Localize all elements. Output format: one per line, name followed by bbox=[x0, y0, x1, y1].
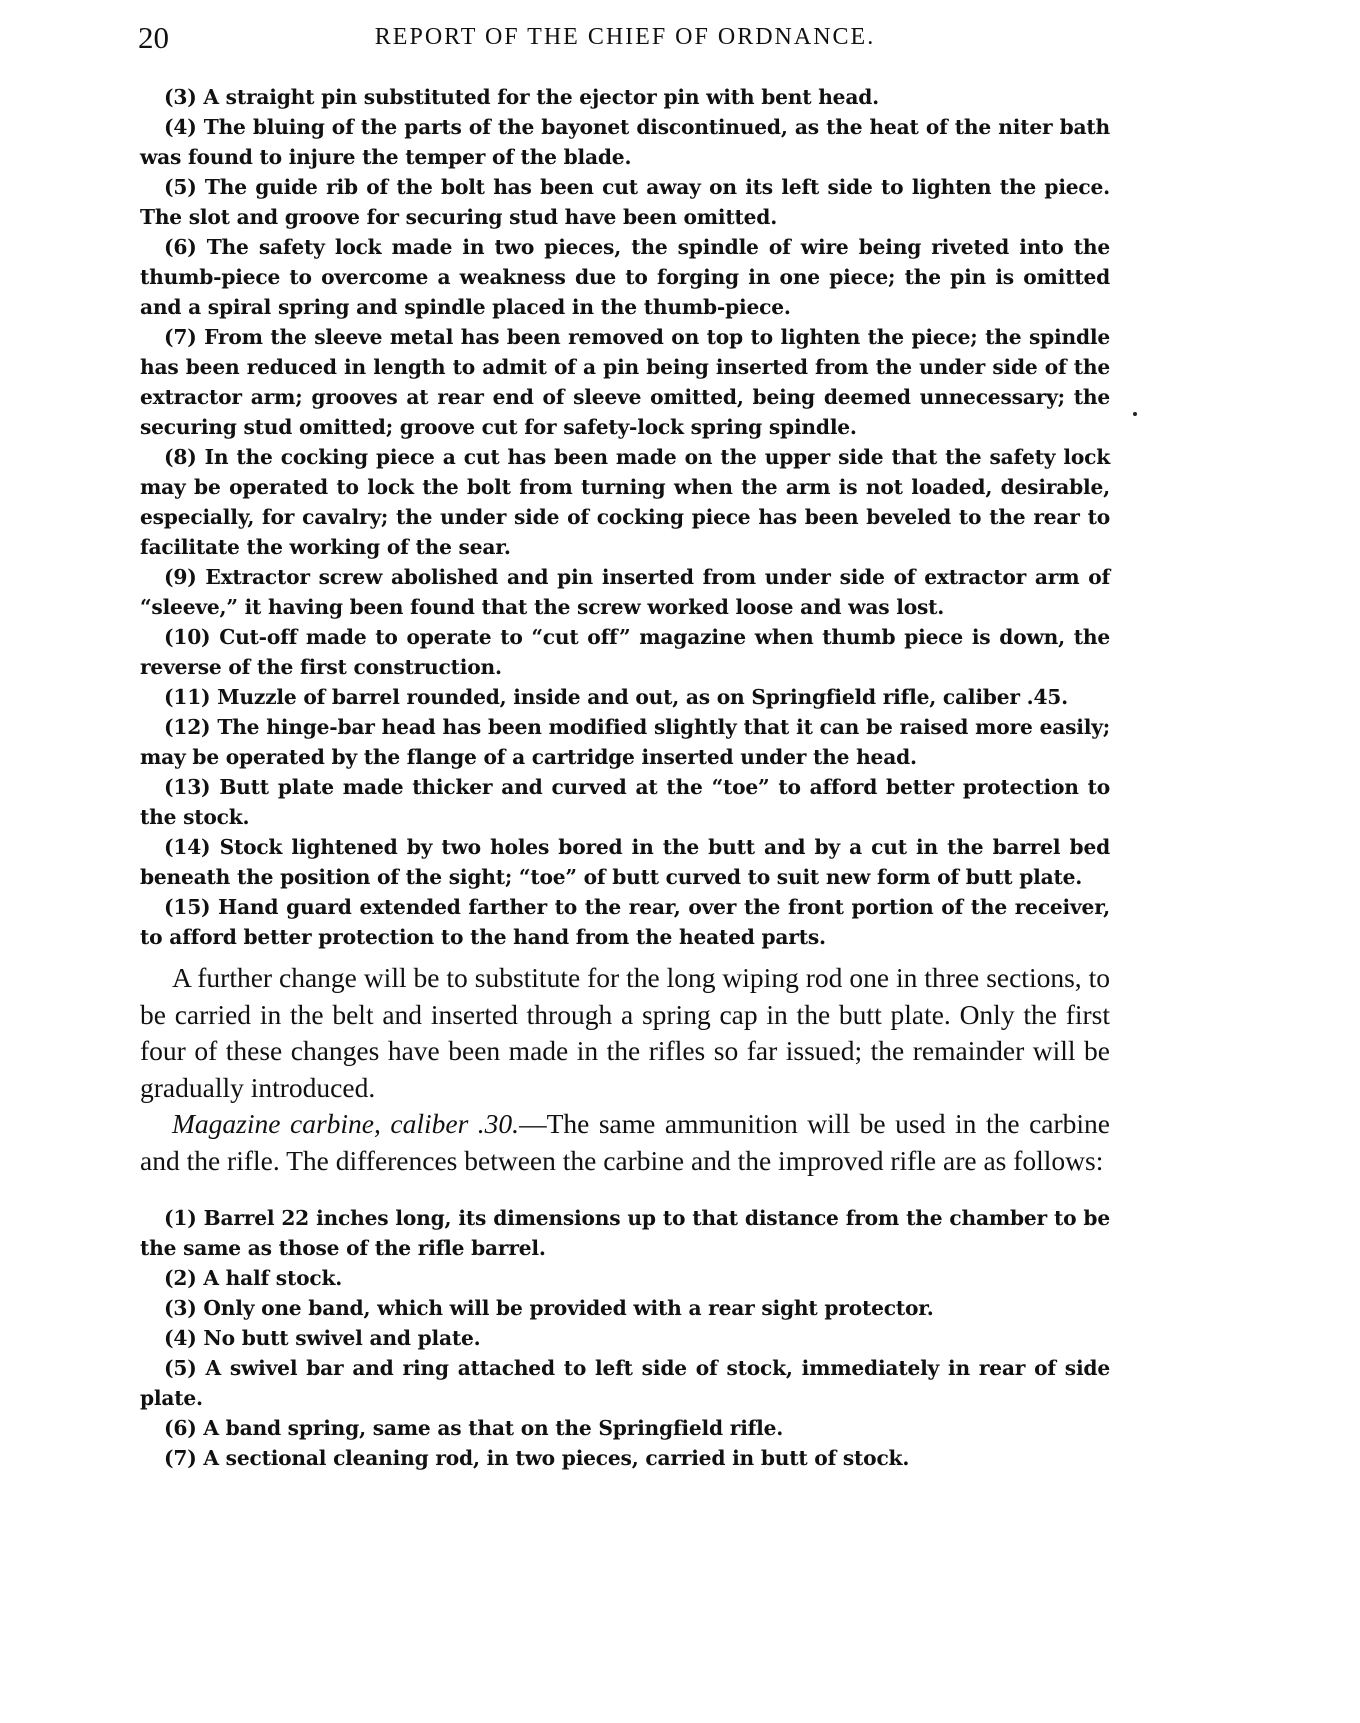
list-item: (1) Barrel 22 inches long, its dimension… bbox=[140, 1203, 1110, 1263]
list-item: (4) The bluing of the parts of the bayon… bbox=[140, 112, 1110, 172]
document-page: 20 REPORT OF THE CHIEF OF ORDNANCE. (3) … bbox=[140, 0, 1110, 1473]
list-item: (6) A band spring, same as that on the S… bbox=[140, 1413, 1110, 1443]
list-item: (14) Stock lightened by two holes bored … bbox=[140, 832, 1110, 892]
list-item: (4) No butt swivel and plate. bbox=[140, 1323, 1110, 1353]
list-item: (8) In the cocking piece a cut has been … bbox=[140, 442, 1110, 562]
list-item: (12) The hinge-bar head has been modifie… bbox=[140, 712, 1110, 772]
page-header: 20 REPORT OF THE CHIEF OF ORDNANCE. bbox=[140, 0, 1110, 70]
list-item: (3) Only one band, which will be provide… bbox=[140, 1293, 1110, 1323]
body-text: A further change will be to substitute f… bbox=[140, 960, 1110, 1179]
carbine-intro-paragraph: Magazine carbine, caliber .30.—The same … bbox=[140, 1106, 1110, 1179]
carbine-differences-list: (1) Barrel 22 inches long, its dimension… bbox=[140, 1203, 1110, 1473]
list-item: (2) A half stock. bbox=[140, 1263, 1110, 1293]
rifle-changes-list: (3) A straight pin substituted for the e… bbox=[140, 82, 1110, 952]
list-item: (5) The guide rib of the bolt has been c… bbox=[140, 172, 1110, 232]
list-item: (7) From the sleeve metal has been remov… bbox=[140, 322, 1110, 442]
list-item: (6) The safety lock made in two pieces, … bbox=[140, 232, 1110, 322]
list-item: (10) Cut-off made to operate to “cut off… bbox=[140, 622, 1110, 682]
spacer bbox=[140, 1179, 1110, 1191]
scan-speck bbox=[1133, 412, 1137, 416]
further-change-paragraph: A further change will be to substitute f… bbox=[140, 960, 1110, 1106]
list-item: (5) A swivel bar and ring attached to le… bbox=[140, 1353, 1110, 1413]
list-item: (11) Muzzle of barrel rounded, inside an… bbox=[140, 682, 1110, 712]
list-item: (7) A sectional cleaning rod, in two pie… bbox=[140, 1443, 1110, 1473]
list-item: (15) Hand guard extended farther to the … bbox=[140, 892, 1110, 952]
carbine-heading: Magazine carbine, caliber .30. bbox=[172, 1108, 519, 1139]
list-item: (3) A straight pin substituted for the e… bbox=[140, 82, 1110, 112]
list-item: (9) Extractor screw abolished and pin in… bbox=[140, 562, 1110, 622]
running-head: REPORT OF THE CHIEF OF ORDNANCE. bbox=[140, 24, 1110, 51]
list-item: (13) Butt plate made thicker and curved … bbox=[140, 772, 1110, 832]
